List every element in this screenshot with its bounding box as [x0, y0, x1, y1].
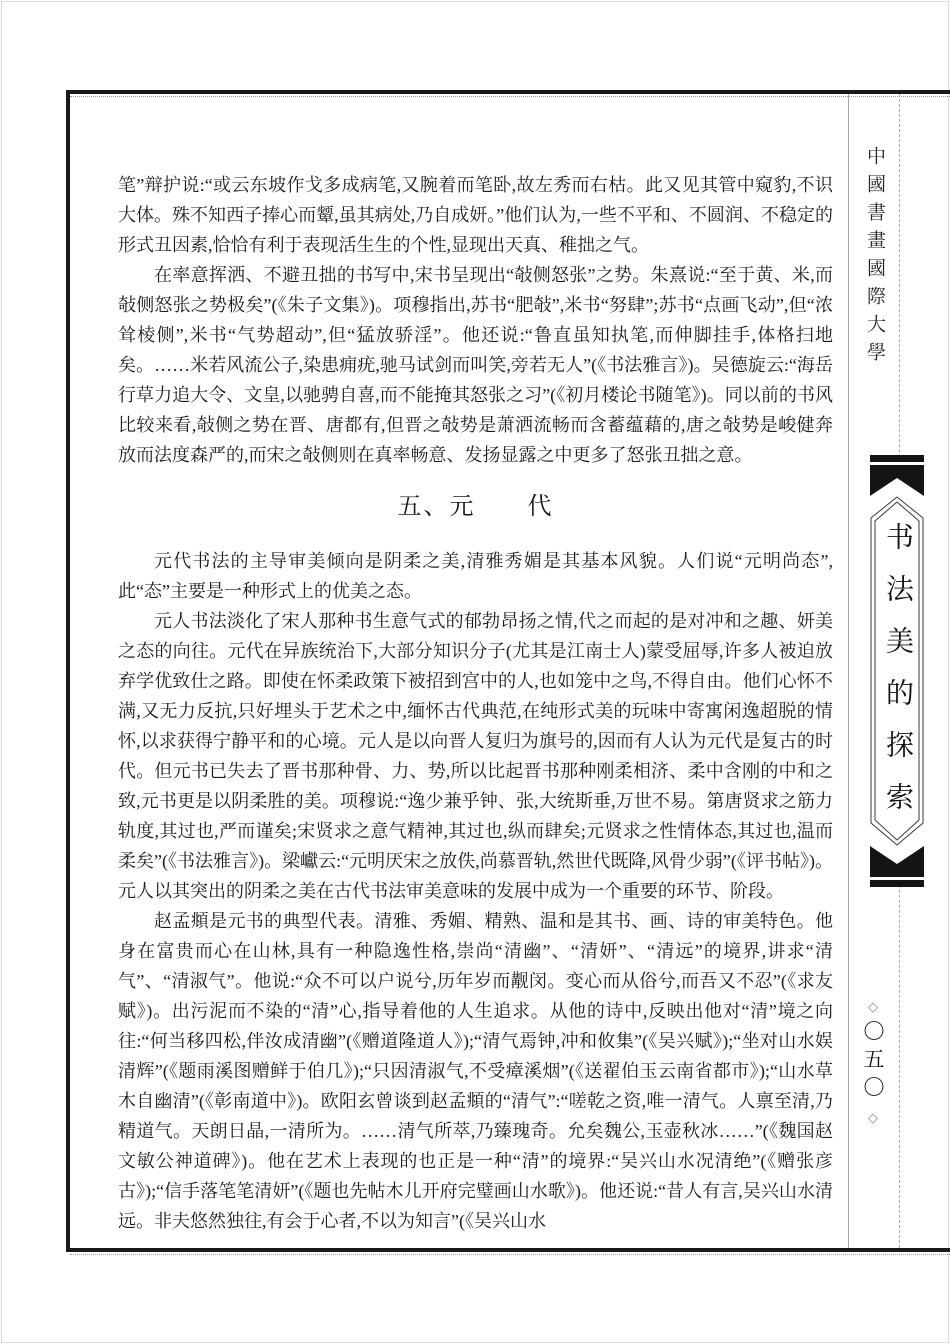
paragraph-continuation: 笔”辩护说:“或云东坡作戈多成病笔,又腕着而笔卧,故左秀而右枯。此又见其管中窥豹…: [118, 170, 833, 260]
book-title-emblem: 书法美的探索: [869, 455, 925, 887]
paragraph-zhao-mengfu: 赵孟頫是元书的典型代表。清雅、秀媚、精熟、温和是其书、画、诗的审美特色。他身在富…: [118, 906, 833, 1236]
diamond-icon: ◇: [868, 1000, 878, 1013]
emblem-top-bar: [870, 455, 924, 462]
scanned-book-page: 笔”辩护说:“或云东坡作戈多成病笔,又腕着而笔卧,故左秀而右枯。此又见其管中窥豹…: [0, 0, 950, 1344]
book-title: 书法美的探索: [870, 496, 924, 846]
frame-left-rule: [66, 90, 70, 1252]
emblem-bottom-bar: [870, 880, 924, 887]
sidebar-institution-title: 中國書畫國際大學: [860, 146, 888, 370]
sidebar-separator-solid: [848, 94, 849, 1248]
ribbon-banner-top-icon: [870, 465, 924, 496]
frame-bottom-rule: [66, 1248, 950, 1252]
paragraph-yuan-aesthetic: 元人书法淡化了宋人那种书生意气式的郁勃昂扬之情,代之而起的是对冲和之趣、妍美之态…: [118, 606, 833, 906]
paragraph-song-style: 在率意挥洒、不避丑拙的书写中,宋书呈现出“敧侧怒张”之势。朱熹说:“至于黄、米,…: [118, 260, 833, 470]
folio-block: ◇ 〇五〇 ◇: [858, 1000, 888, 1124]
frame-top-dotted-rule: [70, 96, 950, 97]
diamond-icon: ◇: [868, 1111, 878, 1124]
page-number: 〇五〇: [858, 1020, 888, 1104]
frame-bottom-dotted-rule: [70, 1254, 950, 1255]
frame-top-rule: [66, 90, 950, 94]
title-cartouche: 书法美的探索: [870, 496, 924, 846]
ribbon-banner-bottom-icon: [870, 846, 924, 877]
section-heading: 五、元 代: [118, 492, 833, 522]
paragraph-yuan-intro: 元代书法的主导审美倾向是阴柔之美,清雅秀媚是其基本风貌。人们说“元明尚态”,此“…: [118, 546, 833, 606]
main-text-column: 笔”辩护说:“或云东坡作戈多成病笔,又腕着而笔卧,故左秀而右枯。此又见其管中窥豹…: [118, 170, 833, 1236]
